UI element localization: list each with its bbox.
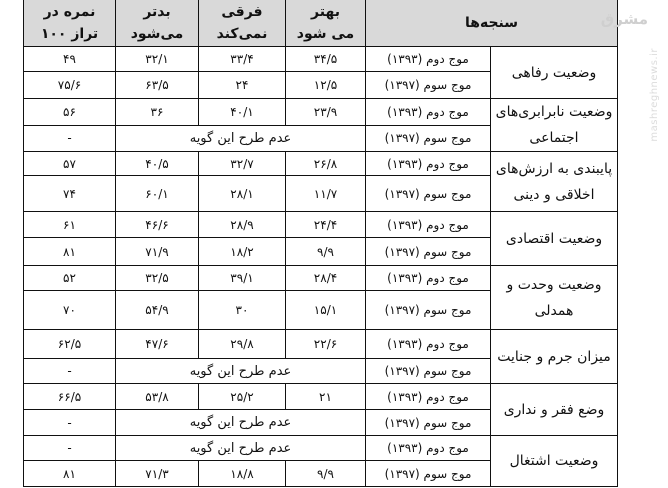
better-value: ۲۱: [286, 384, 366, 410]
wave-label: موج سوم (۱۳۹۷): [366, 359, 491, 384]
metric-label: پایبندی به ارزش‌های اخلاقی و دینی: [491, 152, 618, 212]
table-row: پایبندی به ارزش‌های اخلاقی و دینیموج دوم…: [24, 152, 618, 176]
wave-label: موج دوم (۱۳۹۳): [366, 212, 491, 238]
wave-label: موج سوم (۱۳۹۷): [366, 238, 491, 266]
header-no-change: فرقینمی‌کند: [199, 0, 286, 47]
header-better: بهترمی شود: [286, 0, 366, 47]
wave-label: موج دوم (۱۳۹۳): [366, 152, 491, 176]
score-value: ۵۶: [24, 99, 116, 126]
header-score-line2: تراز ۱۰۰: [24, 23, 115, 45]
no-change-value: ۲۸/۹: [199, 212, 286, 238]
score-value: ۵۷: [24, 152, 116, 176]
wave-label: موج دوم (۱۳۹۳): [366, 47, 491, 72]
header-metric: سنجه‌ها: [366, 0, 618, 47]
no-change-value: ۲۸/۱: [199, 176, 286, 212]
worse-value: ۴۶/۶: [116, 212, 199, 238]
metric-label: وضعیت اشتغال: [491, 436, 618, 487]
wave-label: موج دوم (۱۳۹۳): [366, 384, 491, 410]
wave-label: موج سوم (۱۳۹۷): [366, 125, 491, 152]
wave-label: موج سوم (۱۳۹۷): [366, 72, 491, 99]
watermark-site: mashreghnews.ir: [649, 48, 660, 142]
header-score-line1: نمره در: [24, 1, 115, 23]
metric-label: وضعیت نابرابری‌های اجتماعی: [491, 99, 618, 152]
no-change-value: ۲۵/۲: [199, 384, 286, 410]
worse-value: ۴۷/۶: [116, 330, 199, 359]
header-worse: بدترمی‌شود: [116, 0, 199, 47]
worse-value: ۳۲/۱: [116, 47, 199, 72]
not-asked-note: عدم طرح این گویه: [116, 125, 366, 152]
score-value: ۷۰: [24, 291, 116, 330]
table-row: وضع فقر و نداریموج دوم (۱۳۹۳)۲۱۲۵/۲۵۳/۸۶…: [24, 384, 618, 410]
watermark: مشرق mashreghnews.ir: [620, 10, 660, 170]
no-change-value: ۳۳/۴: [199, 47, 286, 72]
better-value: ۲۸/۴: [286, 266, 366, 291]
worse-value: ۵۴/۹: [116, 291, 199, 330]
score-value: -: [24, 359, 116, 384]
wave-label: موج دوم (۱۳۹۳): [366, 436, 491, 461]
not-asked-note: عدم طرح این گویه: [116, 436, 366, 461]
no-change-value: ۴۰/۱: [199, 99, 286, 126]
metric-label: وضعیت وحدت و همدلی: [491, 266, 618, 330]
score-value: ۷۴: [24, 176, 116, 212]
better-value: ۲۳/۹: [286, 99, 366, 126]
worse-value: ۶۰/۱: [116, 176, 199, 212]
no-change-value: ۳۲/۷: [199, 152, 286, 176]
no-change-value: ۲۹/۸: [199, 330, 286, 359]
header-no-change-line1: فرقی: [199, 1, 285, 23]
score-value: -: [24, 125, 116, 152]
wave-label: موج دوم (۱۳۹۳): [366, 266, 491, 291]
better-value: ۲۴/۴: [286, 212, 366, 238]
better-value: ۱۲/۵: [286, 72, 366, 99]
not-asked-note: عدم طرح این گویه: [116, 410, 366, 436]
metric-label: وضعیت رفاهی: [491, 47, 618, 99]
wave-label: موج سوم (۱۳۹۷): [366, 176, 491, 212]
header-worse-line1: بدتر: [116, 1, 198, 23]
no-change-value: ۲۴: [199, 72, 286, 99]
wave-label: موج دوم (۱۳۹۳): [366, 99, 491, 126]
worse-value: ۵۳/۸: [116, 384, 199, 410]
worse-value: ۳۶: [116, 99, 199, 126]
table-row: وضعیت وحدت و همدلیموج دوم (۱۳۹۳)۲۸/۴۳۹/۱…: [24, 266, 618, 291]
table-body: وضعیت رفاهیموج دوم (۱۳۹۳)۳۴/۵۳۳/۴۳۲/۱۴۹م…: [24, 47, 618, 487]
not-asked-note: عدم طرح این گویه: [116, 359, 366, 384]
header-worse-line2: می‌شود: [116, 23, 198, 45]
wave-label: موج دوم (۱۳۹۳): [366, 330, 491, 359]
worse-value: ۴۰/۵: [116, 152, 199, 176]
score-value: ۶۲/۵: [24, 330, 116, 359]
table-row: وضعیت اقتصادیموج دوم (۱۳۹۳)۲۴/۴۲۸/۹۴۶/۶۶…: [24, 212, 618, 238]
better-value: ۱۱/۷: [286, 176, 366, 212]
wave-label: موج سوم (۱۳۹۷): [366, 410, 491, 436]
score-value: ۶۶/۵: [24, 384, 116, 410]
table-row: وضعیت نابرابری‌های اجتماعیموج دوم (۱۳۹۳)…: [24, 99, 618, 126]
survey-table: سنجه‌ها بهترمی شود فرقینمی‌کند بدترمی‌شو…: [23, 0, 618, 487]
score-value: ۷۵/۶: [24, 72, 116, 99]
no-change-value: ۳۰: [199, 291, 286, 330]
no-change-value: ۱۸/۲: [199, 238, 286, 266]
metric-label: وضعیت اقتصادی: [491, 212, 618, 266]
wave-label: موج سوم (۱۳۹۷): [366, 291, 491, 330]
header-no-change-line2: نمی‌کند: [199, 23, 285, 45]
better-value: ۱۵/۱: [286, 291, 366, 330]
better-value: ۲۶/۸: [286, 152, 366, 176]
header-better-line2: می شود: [286, 23, 365, 45]
worse-value: ۷۱/۹: [116, 238, 199, 266]
table-row: میزان جرم و جنایتموج دوم (۱۳۹۳)۲۲/۶۲۹/۸۴…: [24, 330, 618, 359]
worse-value: ۶۳/۵: [116, 72, 199, 99]
header-better-line1: بهتر: [286, 1, 365, 23]
score-value: ۸۱: [24, 238, 116, 266]
table-row: وضعیت رفاهیموج دوم (۱۳۹۳)۳۴/۵۳۳/۴۳۲/۱۴۹: [24, 47, 618, 72]
score-value: ۴۹: [24, 47, 116, 72]
worse-value: ۷۱/۳: [116, 461, 199, 487]
table-row: وضعیت اشتغالموج دوم (۱۳۹۳)عدم طرح این گو…: [24, 436, 618, 461]
metric-label: وضع فقر و نداری: [491, 384, 618, 436]
score-value: -: [24, 436, 116, 461]
score-value: ۶۱: [24, 212, 116, 238]
better-value: ۳۴/۵: [286, 47, 366, 72]
score-value: -: [24, 410, 116, 436]
no-change-value: ۱۸/۸: [199, 461, 286, 487]
header-row: سنجه‌ها بهترمی شود فرقینمی‌کند بدترمی‌شو…: [24, 0, 618, 47]
score-value: ۸۱: [24, 461, 116, 487]
better-value: ۹/۹: [286, 461, 366, 487]
wave-label: موج سوم (۱۳۹۷): [366, 461, 491, 487]
better-value: ۹/۹: [286, 238, 366, 266]
score-value: ۵۲: [24, 266, 116, 291]
worse-value: ۳۲/۵: [116, 266, 199, 291]
no-change-value: ۳۹/۱: [199, 266, 286, 291]
better-value: ۲۲/۶: [286, 330, 366, 359]
metric-label: میزان جرم و جنایت: [491, 330, 618, 384]
header-score: نمره درتراز ۱۰۰: [24, 0, 116, 47]
